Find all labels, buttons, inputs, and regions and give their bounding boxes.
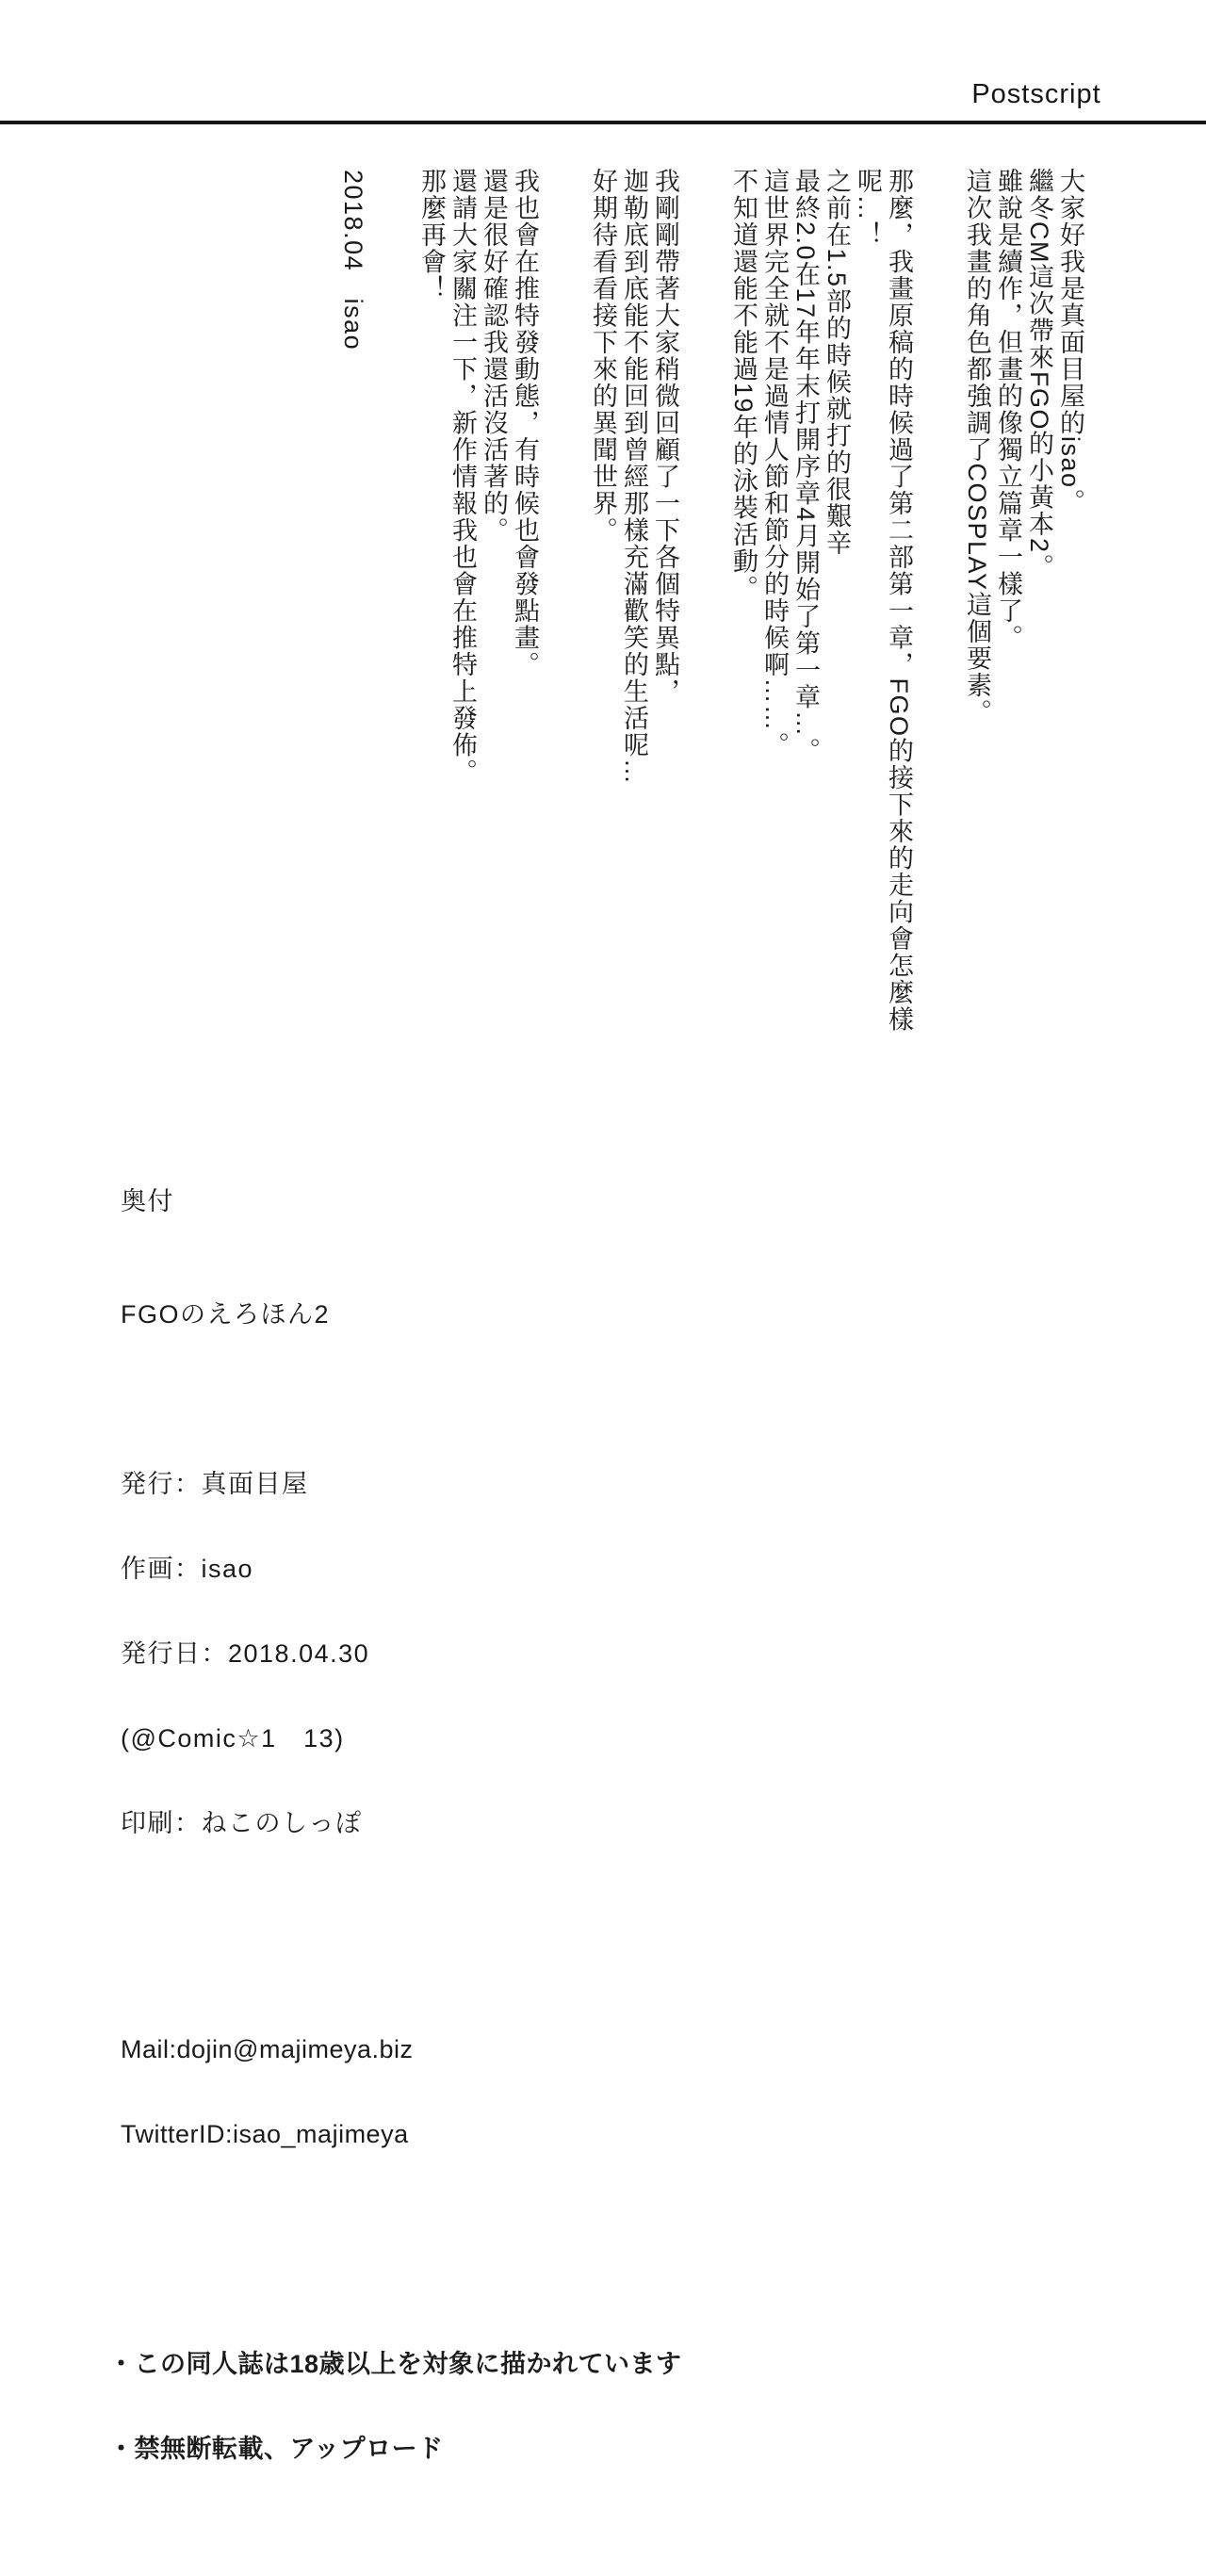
page-title: Postscript (958, 79, 1115, 110)
colophon-publication-info: 発行：真面目屋 作画：isao 発行日：2018.04.30 (@Comic☆1… (121, 1413, 682, 1700)
afterword-paragraph-3: 我剛剛帶著大家稍微回顧了一下各個特異點， 迦勒底到底能不能回到曾經那樣充滿歡笑的… (587, 168, 680, 1077)
afterword-vertical-text: 大家好我是真面目屋的isao。 繼冬CM這次帶來FGO的小黃本2。 雖說是續作，… (337, 168, 1085, 1077)
colophon-book-title: FGOのえろほん2 (121, 1300, 682, 1329)
afterword-line: 這世界完全就不是過情人節和節分的時候啊……。 (758, 168, 790, 1077)
afterword-line: 大家好我是真面目屋的isao。 (1054, 168, 1085, 1077)
postscript-page: Postscript 大家好我是真面目屋的isao。 繼冬CM這次帶來FGO的小… (0, 0, 1206, 1700)
afterword-paragraph-1: 大家好我是真面目屋的isao。 繼冬CM這次帶來FGO的小黃本2。 雖說是續作，… (961, 168, 1085, 1077)
afterword-line: 我也會在推特發動態，有時候也會發點畫。 (509, 168, 540, 1077)
afterword-line: 這次我畫的角色都強調了COSPLAY這個要素。 (961, 168, 992, 1077)
colophon-heading: 奥付 (121, 1187, 682, 1215)
afterword-line: 不知道還能不能過19年的泳裝活動。 (727, 168, 758, 1077)
afterword-line: 最終2.0在17年年末打開序章4月開始了第一章…。 (790, 168, 821, 1077)
afterword-line: 好期待看看接下來的異聞世界。 (587, 168, 618, 1077)
afterword-line: 我剛剛帶著大家稍微回顧了一下各個特異點， (649, 168, 680, 1077)
afterword-paragraph-4: 我也會在推特發動態，有時候也會發點畫。 還是很好確認我還活沒活著的。 還請大家關… (416, 168, 540, 1077)
afterword-line: 迦勒底到底能不能回到曾經那樣充滿歡笑的生活呢… (618, 168, 649, 1077)
colophon-publish-date: 発行日：2018.04.30 (121, 1639, 682, 1668)
afterword-line: 還請大家關注一下，新作情報我也會在推特上發佈。 (447, 168, 478, 1077)
afterword-line: 雖說是續作，但畫的像獨立篇章一樣了。 (992, 168, 1023, 1077)
afterword-paragraph-2: 那麼，我畫原稿的時候過了第二部第一章，FGO的接下來的走向會怎麼樣呢…！ 之前在… (727, 168, 914, 1077)
date-signature: 2018.04 isao (337, 168, 368, 1077)
afterword-line: 之前在1.5部的時候就打的很艱辛 (821, 168, 852, 1077)
header-divider (0, 121, 1206, 124)
colophon-publisher: 発行：真面目屋 (121, 1470, 682, 1498)
afterword-line: 繼冬CM這次帶來FGO的小黃本2。 (1023, 168, 1054, 1077)
afterword-line: 那麼，我畫原稿的時候過了第二部第一章，FGO的接下來的走向會怎麼樣呢…！ (852, 168, 914, 1077)
afterword-line: 那麼再會！ (416, 168, 447, 1077)
afterword-line: 還是很好確認我還活沒活著的。 (478, 168, 509, 1077)
colophon: 奥付 FGOのえろほん2 発行：真面目屋 作画：isao 発行日：2018.04… (121, 1131, 682, 1700)
colophon-artist: 作画：isao (121, 1555, 682, 1583)
